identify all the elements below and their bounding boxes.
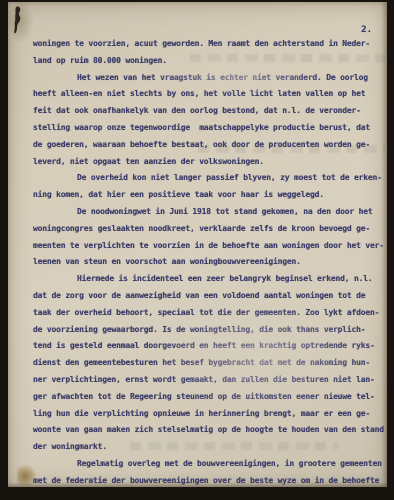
text-line: ning komen, dat hier een positieve taak … <box>33 187 385 204</box>
text-line: de voorziening gewaarborgd. Is de woning… <box>33 322 385 339</box>
text-line: leverd, niet opgaat ten aanzien der volk… <box>33 154 385 171</box>
bleed-through-text-smudge <box>130 442 338 450</box>
text-line: leenen van steun en voorschot aan woning… <box>33 254 385 271</box>
text-line: dat de zorg voor de aanwezigheid van een… <box>33 288 385 305</box>
text-line: feit dat ook onafhankelyk van den oorlog… <box>33 103 385 120</box>
text-line: woonte van gaan maken zich stelselmatig … <box>33 422 385 439</box>
text-line: meenten te verplichten te voorzien in de… <box>33 238 385 255</box>
paper-edge-shadow <box>8 482 387 487</box>
text-line: Hiermede is incidenteel een zeer belangr… <box>33 271 385 288</box>
text-line: woningcongres geslaakten noodkreet, verk… <box>33 221 385 238</box>
text-line: woningen te voorzien, acuut geworden. Me… <box>33 36 385 53</box>
text-line: dienst den gemeentebesturen het besef by… <box>33 355 385 372</box>
text-line: ling hun die verplichting opnieuwe in he… <box>33 406 385 423</box>
text-line: Regelmatig overleg met de bouwvereenigin… <box>33 456 385 473</box>
text-line: Het wezen van het vraagstuk is echter ni… <box>33 70 385 87</box>
text-line: De noodwoningwet in Juni 1918 tot stand … <box>33 204 385 221</box>
text-line: taak der overheid behoort, speciaal tot … <box>33 305 385 322</box>
text-line: de goederen, waaraan behoefte bestaat, o… <box>33 137 385 154</box>
text-line: tend is gesteld eenmaal doorgevoerd en h… <box>33 338 385 355</box>
paper-edge-shadow <box>381 2 387 487</box>
paper-page: 2. woningen te voorzien, acuut geworden.… <box>8 2 387 487</box>
ink-blot-shape <box>12 6 24 36</box>
text-line: De overheid kon niet langer passief blyv… <box>33 170 385 187</box>
typewritten-text-block: woningen te voorzien, acuut geworden. Me… <box>33 36 385 487</box>
text-line: stelling waarop onze tegenwoordige maats… <box>33 120 385 137</box>
text-line: ger afwachten tot de Regeering steunend … <box>33 389 385 406</box>
text-line: land op ruim 80.000 woningen. <box>33 53 385 70</box>
text-line: heeft alleen-en niet slechts by ons, het… <box>33 86 385 103</box>
scanned-document: { "document": { "page_number": "2.", "pa… <box>0 0 394 500</box>
page-number: 2. <box>361 25 372 35</box>
ink-blot <box>12 6 24 36</box>
text-line: ner verplichtingen, ernst wordt gemaakt,… <box>33 372 385 389</box>
